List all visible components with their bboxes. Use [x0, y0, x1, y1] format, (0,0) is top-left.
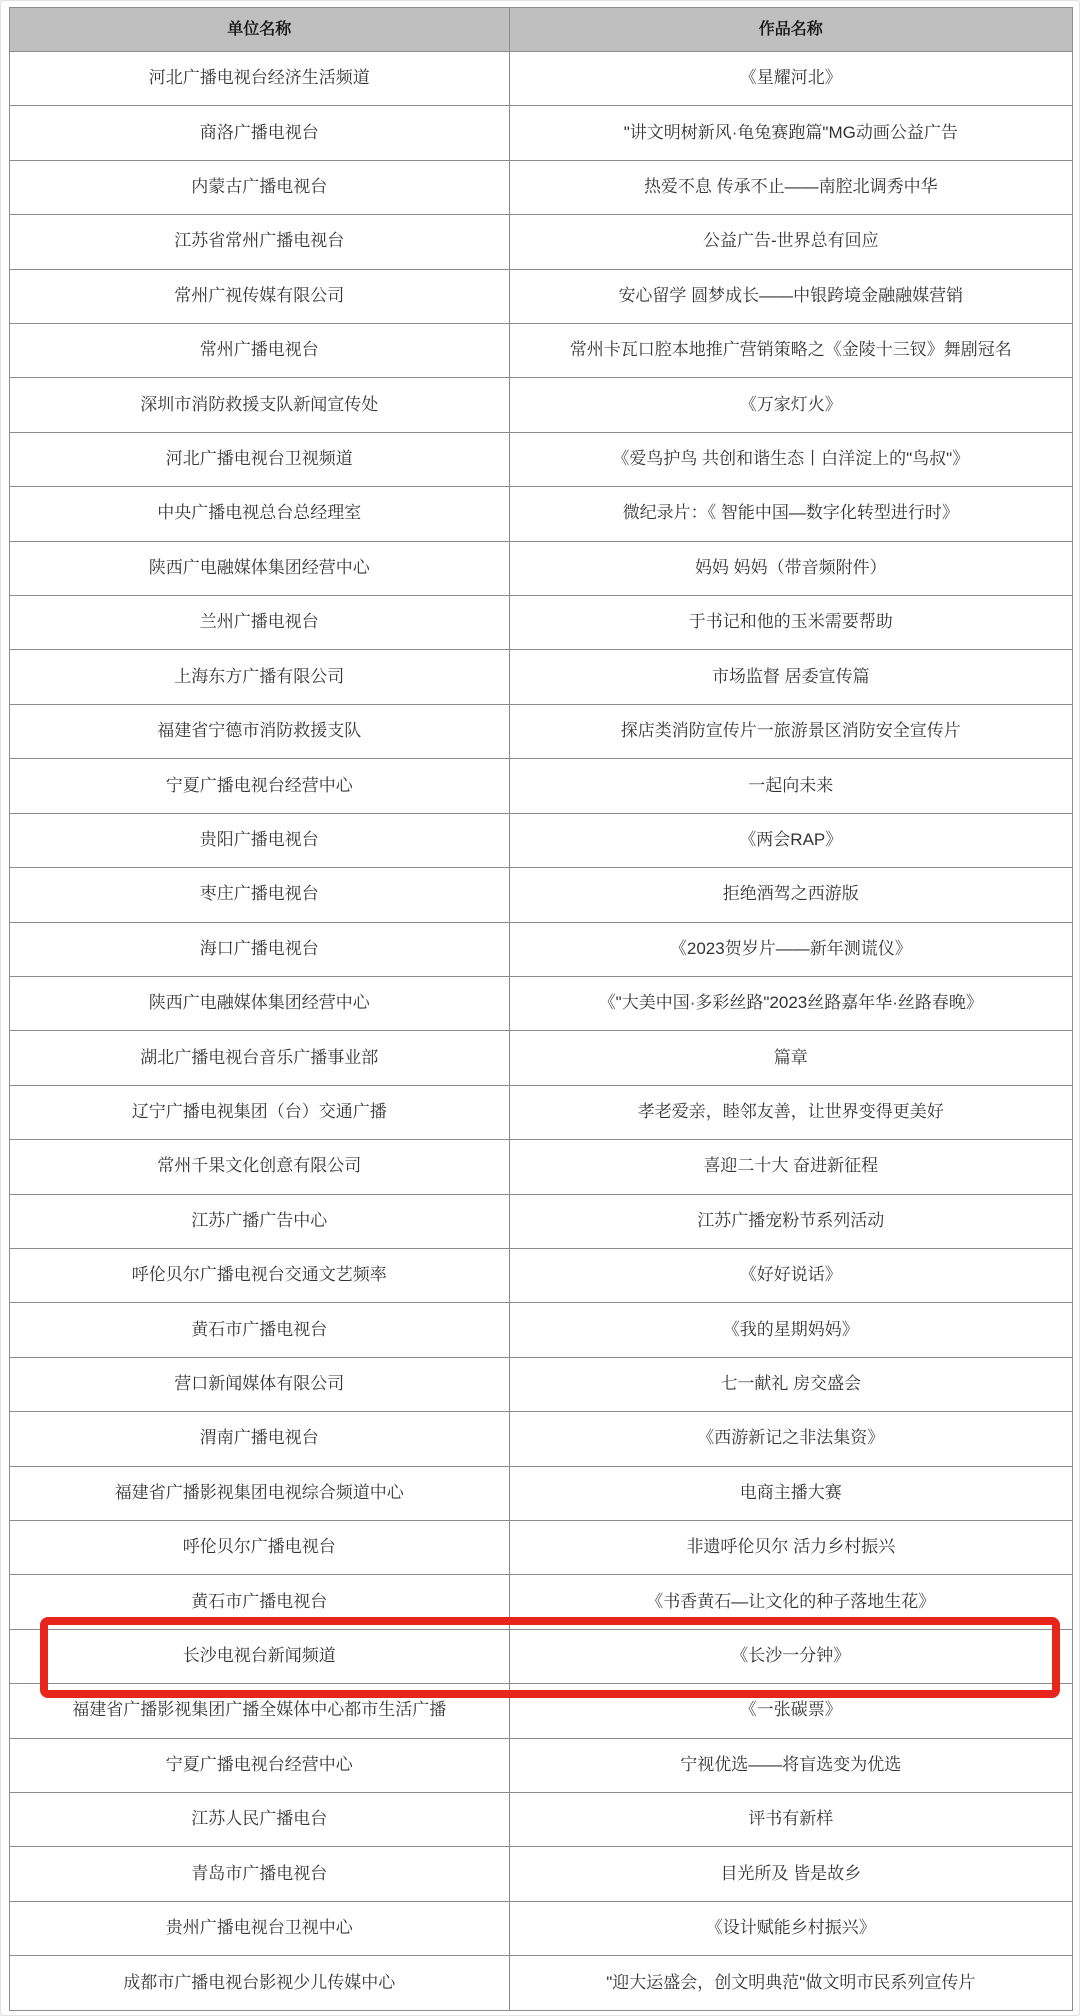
table-row: 宁夏广播电视台经营中心 一起向未来: [10, 759, 1073, 813]
table-row: 内蒙古广播电视台 热爱不息 传承不止——南腔北调秀中华: [10, 160, 1073, 214]
table-row: 黄石市广播电视台 《书香黄石—让文化的种子落地生花》: [10, 1575, 1073, 1629]
unit-cell: 枣庄广播电视台: [10, 868, 510, 922]
table-row: 渭南广播电视台 《西游新记之非法集资》: [10, 1412, 1073, 1466]
unit-cell: 中央广播电视总台总经理室: [10, 487, 510, 541]
work-cell: 孝老爱亲，睦邻友善，让世界变得更美好: [509, 1085, 1072, 1139]
work-cell: 《一张碳票》: [509, 1684, 1072, 1738]
work-cell: 探店类消防宣传片一旅游景区消防安全宣传片: [509, 704, 1072, 758]
work-cell: 拒绝酒驾之西游版: [509, 868, 1072, 922]
unit-cell: 呼伦贝尔广播电视台: [10, 1520, 510, 1574]
work-cell: 《两会RAP》: [509, 813, 1072, 867]
table-row: 深圳市消防救援支队新闻宣传处 《万家灯火》: [10, 378, 1073, 432]
table-row: 中央广播电视总台总经理室 微纪录片：《 智能中国—数字化转型进行时》: [10, 487, 1073, 541]
work-cell: 《万家灯火》: [509, 378, 1072, 432]
unit-cell: 宁夏广播电视台经营中心: [10, 759, 510, 813]
column-header-work: 作品名称: [509, 8, 1072, 52]
work-cell: 公益广告-世界总有回应: [509, 215, 1072, 269]
table-row: 呼伦贝尔广播电视台交通文艺频率 《好好说话》: [10, 1248, 1073, 1302]
work-cell: 微纪录片：《 智能中国—数字化转型进行时》: [509, 487, 1072, 541]
unit-cell: 渭南广播电视台: [10, 1412, 510, 1466]
work-cell: 《"大美中国·多彩丝路"2023丝路嘉年华·丝路春晚》: [509, 976, 1072, 1030]
work-cell: 《设计赋能乡村振兴》: [509, 1901, 1072, 1955]
table-row: 福建省广播影视集团电视综合频道中心 电商主播大赛: [10, 1466, 1073, 1520]
unit-cell: 陕西广电融媒体集团经营中心: [10, 976, 510, 1030]
table-row: 商洛广播电视台 "讲文明树新风·龟兔赛跑篇"MG动画公益广告: [10, 106, 1073, 160]
work-cell: 《长沙一分钟》: [509, 1629, 1072, 1683]
table-row: 青岛市广播电视台 目光所及 皆是故乡: [10, 1847, 1073, 1901]
table-row: 上海东方广播有限公司 市场监督 居委宣传篇: [10, 650, 1073, 704]
table-row: 枣庄广播电视台 拒绝酒驾之西游版: [10, 868, 1073, 922]
work-cell: 《2023贺岁片——新年测谎仪》: [509, 922, 1072, 976]
table-row: 贵州广播电视台卫视中心 《设计赋能乡村振兴》: [10, 1901, 1073, 1955]
table-row: 常州广播电视台 常州卡瓦口腔本地推广营销策略之《金陵十三钗》舞剧冠名: [10, 324, 1073, 378]
work-cell: 《书香黄石—让文化的种子落地生花》: [509, 1575, 1072, 1629]
table-row: 江苏省常州广播电视台 公益广告-世界总有回应: [10, 215, 1073, 269]
unit-cell: 内蒙古广播电视台: [10, 160, 510, 214]
work-cell: 喜迎二十大 奋进新征程: [509, 1140, 1072, 1194]
work-cell: "讲文明树新风·龟兔赛跑篇"MG动画公益广告: [509, 106, 1072, 160]
work-cell: 《星耀河北》: [509, 52, 1072, 106]
header-row: 单位名称 作品名称: [10, 8, 1073, 52]
unit-cell: 海口广播电视台: [10, 922, 510, 976]
table-row: 常州广视传媒有限公司 安心留学 圆梦成长——中银跨境金融融媒营销: [10, 269, 1073, 323]
table-row: 贵阳广播电视台 《两会RAP》: [10, 813, 1073, 867]
unit-cell: 江苏人民广播电台: [10, 1793, 510, 1847]
unit-cell: 上海东方广播有限公司: [10, 650, 510, 704]
work-cell: 电商主播大赛: [509, 1466, 1072, 1520]
unit-cell: 江苏广播广告中心: [10, 1194, 510, 1248]
unit-cell: 青岛市广播电视台: [10, 1847, 510, 1901]
work-cell: 《爱鸟护鸟 共创和谐生态丨白洋淀上的"鸟叔"》: [509, 432, 1072, 486]
unit-cell: 常州千果文化创意有限公司: [10, 1140, 510, 1194]
unit-cell: 商洛广播电视台: [10, 106, 510, 160]
table-row: 呼伦贝尔广播电视台 非遗呼伦贝尔 活力乡村振兴: [10, 1520, 1073, 1574]
table-row: 湖北广播电视台音乐广播事业部 篇章: [10, 1031, 1073, 1085]
table-row: 宁夏广播电视台经营中心 宁视优选——将盲选变为优选: [10, 1738, 1073, 1792]
unit-cell: 湖北广播电视台音乐广播事业部: [10, 1031, 510, 1085]
work-cell: 宁视优选——将盲选变为优选: [509, 1738, 1072, 1792]
table-row: 河北广播电视台经济生活频道 《星耀河北》: [10, 52, 1073, 106]
unit-cell: 江苏省常州广播电视台: [10, 215, 510, 269]
table-row: 河北广播电视台卫视频道 《爱鸟护鸟 共创和谐生态丨白洋淀上的"鸟叔"》: [10, 432, 1073, 486]
unit-cell: 河北广播电视台卫视频道: [10, 432, 510, 486]
table-row: 海口广播电视台 《2023贺岁片——新年测谎仪》: [10, 922, 1073, 976]
table-row: 营口新闻媒体有限公司 七一献礼 房交盛会: [10, 1357, 1073, 1411]
table-row: 长沙电视台新闻频道 《长沙一分钟》: [10, 1629, 1073, 1683]
work-cell: 篇章: [509, 1031, 1072, 1085]
unit-cell: 深圳市消防救援支队新闻宣传处: [10, 378, 510, 432]
unit-cell: 贵州广播电视台卫视中心: [10, 1901, 510, 1955]
table-row: 陕西广电融媒体集团经营中心 《"大美中国·多彩丝路"2023丝路嘉年华·丝路春晚…: [10, 976, 1073, 1030]
unit-cell: 黄石市广播电视台: [10, 1303, 510, 1357]
table-row: 黄石市广播电视台 《我的星期妈妈》: [10, 1303, 1073, 1357]
work-cell: 评书有新样: [509, 1793, 1072, 1847]
table-row: 福建省宁德市消防救援支队 探店类消防宣传片一旅游景区消防安全宣传片: [10, 704, 1073, 758]
work-cell: 于书记和他的玉米需要帮助: [509, 596, 1072, 650]
work-cell: 《我的星期妈妈》: [509, 1303, 1072, 1357]
unit-cell: 成都市广播电视台影视少儿传媒中心: [10, 1956, 510, 2011]
work-cell: 安心留学 圆梦成长——中银跨境金融融媒营销: [509, 269, 1072, 323]
table-row: 辽宁广播电视集团（台）交通广播 孝老爱亲，睦邻友善，让世界变得更美好: [10, 1085, 1073, 1139]
unit-cell: 营口新闻媒体有限公司: [10, 1357, 510, 1411]
column-header-unit: 单位名称: [10, 8, 510, 52]
work-cell: 热爱不息 传承不止——南腔北调秀中华: [509, 160, 1072, 214]
table-row: 江苏广播广告中心 江苏广播宠粉节系列活动: [10, 1194, 1073, 1248]
work-cell: 常州卡瓦口腔本地推广营销策略之《金陵十三钗》舞剧冠名: [509, 324, 1072, 378]
unit-cell: 福建省宁德市消防救援支队: [10, 704, 510, 758]
table-row: 陕西广电融媒体集团经营中心 妈妈 妈妈（带音频附件）: [10, 541, 1073, 595]
unit-cell: 河北广播电视台经济生活频道: [10, 52, 510, 106]
table-row: 江苏人民广播电台 评书有新样: [10, 1793, 1073, 1847]
unit-cell: 福建省广播影视集团广播全媒体中心都市生活广播: [10, 1684, 510, 1738]
table-row: 兰州广播电视台 于书记和他的玉米需要帮助: [10, 596, 1073, 650]
work-cell: 目光所及 皆是故乡: [509, 1847, 1072, 1901]
awards-table: 单位名称 作品名称 河北广播电视台经济生活频道 《星耀河北》 商洛广播电视台 "…: [9, 7, 1073, 2011]
unit-cell: 福建省广播影视集团电视综合频道中心: [10, 1466, 510, 1520]
document-page: 单位名称 作品名称 河北广播电视台经济生活频道 《星耀河北》 商洛广播电视台 "…: [0, 0, 1080, 2016]
unit-cell: 常州广视传媒有限公司: [10, 269, 510, 323]
work-cell: 非遗呼伦贝尔 活力乡村振兴: [509, 1520, 1072, 1574]
unit-cell: 长沙电视台新闻频道: [10, 1629, 510, 1683]
unit-cell: 常州广播电视台: [10, 324, 510, 378]
unit-cell: 陕西广电融媒体集团经营中心: [10, 541, 510, 595]
table-row: 成都市广播电视台影视少儿传媒中心 "迎大运盛会，创文明典范"做文明市民系列宣传片: [10, 1956, 1073, 2011]
work-cell: 《好好说话》: [509, 1248, 1072, 1302]
unit-cell: 黄石市广播电视台: [10, 1575, 510, 1629]
unit-cell: 贵阳广播电视台: [10, 813, 510, 867]
unit-cell: 宁夏广播电视台经营中心: [10, 1738, 510, 1792]
work-cell: "迎大运盛会，创文明典范"做文明市民系列宣传片: [509, 1956, 1072, 2011]
work-cell: 七一献礼 房交盛会: [509, 1357, 1072, 1411]
work-cell: 江苏广播宠粉节系列活动: [509, 1194, 1072, 1248]
work-cell: 一起向未来: [509, 759, 1072, 813]
work-cell: 市场监督 居委宣传篇: [509, 650, 1072, 704]
table-row: 常州千果文化创意有限公司 喜迎二十大 奋进新征程: [10, 1140, 1073, 1194]
table-row: 福建省广播影视集团广播全媒体中心都市生活广播 《一张碳票》: [10, 1684, 1073, 1738]
unit-cell: 辽宁广播电视集团（台）交通广播: [10, 1085, 510, 1139]
work-cell: 妈妈 妈妈（带音频附件）: [509, 541, 1072, 595]
unit-cell: 兰州广播电视台: [10, 596, 510, 650]
unit-cell: 呼伦贝尔广播电视台交通文艺频率: [10, 1248, 510, 1302]
work-cell: 《西游新记之非法集资》: [509, 1412, 1072, 1466]
